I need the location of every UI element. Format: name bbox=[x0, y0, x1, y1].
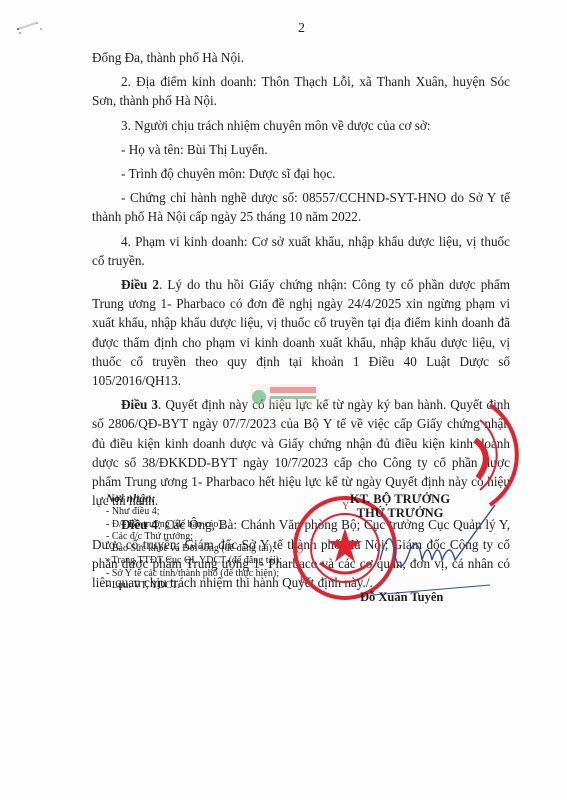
paragraph: - Trình độ chuyên môn: Dược sĩ đại học. bbox=[92, 164, 510, 183]
signature-subtitle: THỨ TRƯỞNG bbox=[320, 506, 480, 520]
recipient-item: - Báo Sức khỏe và Đời sống (để đăng tải)… bbox=[106, 543, 282, 555]
watermark-logo bbox=[250, 384, 320, 406]
recipients-title: Nơi nhận: bbox=[106, 493, 282, 505]
signature-title: KT. BỘ TRƯỞNG bbox=[320, 492, 480, 506]
scan-artifact bbox=[14, 20, 44, 34]
article-text: . Lý do thu hồi Giấy chứng nhận: Công ty… bbox=[92, 277, 510, 388]
article-label: Điều 2 bbox=[121, 277, 159, 292]
signer-name: Đỗ Xuân Tuyên bbox=[360, 590, 443, 605]
article-paragraph: Điều 2. Lý do thu hồi Giấy chứng nhận: C… bbox=[92, 275, 510, 390]
recipient-item: - Như điều 4; bbox=[106, 506, 282, 518]
article-label: Điều 3 bbox=[121, 397, 158, 412]
paragraph: - Họ và tên: Bùi Thị Luyến. bbox=[92, 140, 510, 159]
paragraph: - Chứng chỉ hành nghề dược số: 08557/CCH… bbox=[92, 188, 510, 226]
recipient-item: - Sở Y tế các tỉnh/thành phố (để thực hi… bbox=[106, 568, 282, 580]
paragraph: 4. Phạm vi kinh doanh: Cơ sở xuất khẩu, … bbox=[92, 232, 510, 270]
recipient-item: - Đ/c Bộ trưởng (để báo cáo); bbox=[106, 519, 282, 531]
svg-text:Ộ: Ộ bbox=[296, 544, 303, 556]
recipient-item: - Các đ/c Thứ trưởng; bbox=[106, 531, 282, 543]
recipient-item: - Lưu: VT, YDCT. bbox=[106, 580, 282, 592]
document-page: 2 Đống Đa, thành phố Hà Nội.2. Địa điểm … bbox=[0, 0, 567, 800]
paragraph: 2. Địa điểm kinh doanh: Thôn Thạch Lỗi, … bbox=[92, 72, 510, 110]
svg-text:B: B bbox=[300, 575, 307, 586]
signature-block: KT. BỘ TRƯỞNG THỨ TRƯỞNG bbox=[320, 492, 480, 520]
paragraph: 3. Người chịu trách nhiệm chuyên môn về … bbox=[92, 116, 510, 135]
recipient-item: - Trang TTĐT Cục QL YDCT (để đăng tải); bbox=[106, 555, 282, 567]
recipients-list: Nơi nhận: - Như điều 4;- Đ/c Bộ trưởng (… bbox=[106, 493, 282, 592]
seal-partial-icon bbox=[470, 400, 567, 510]
page-number: 2 bbox=[298, 21, 305, 37]
paragraph: Đống Đa, thành phố Hà Nội. bbox=[92, 48, 510, 67]
